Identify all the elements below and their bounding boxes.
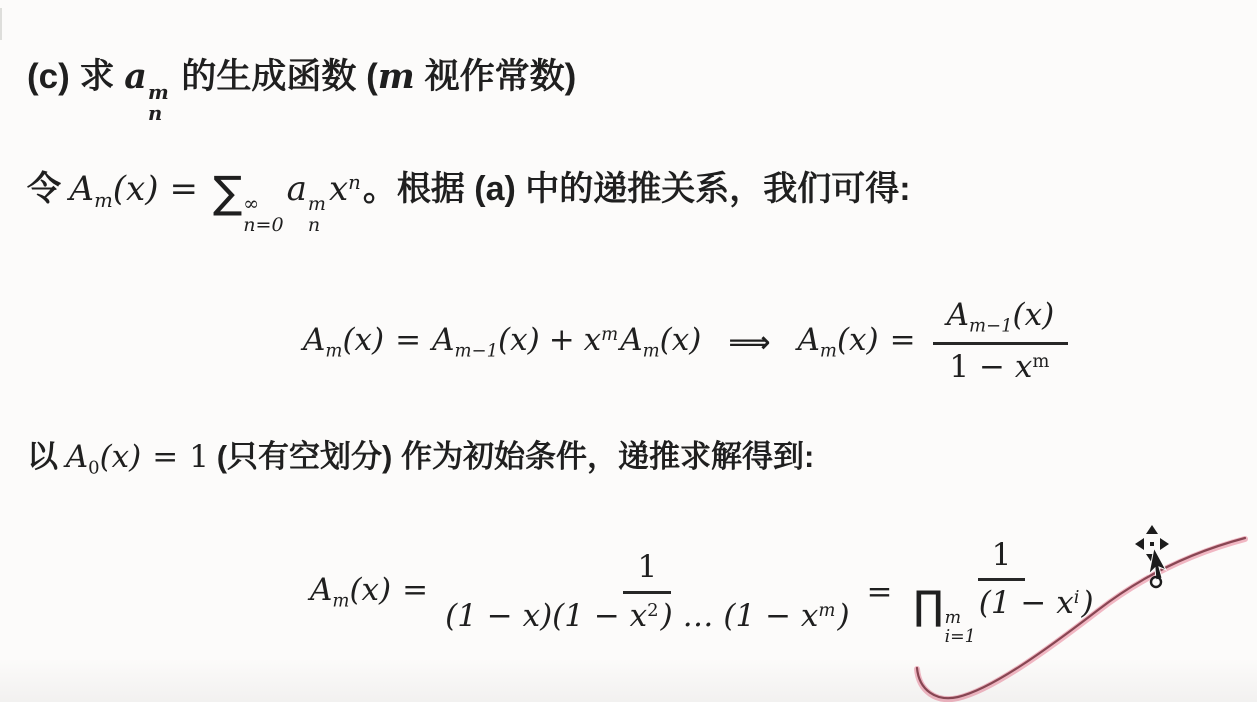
recurrence-equation: Am(x)=Am−1(x)+xmAm(x) ⟹ Am(x)= Am−1(x) 1… [303,288,1074,396]
equals-sign: = [890,322,916,358]
sum-upper-limit: ∞ [243,194,259,215]
var-m: m [378,56,415,97]
fraction-denominator: ∏mi=1(1 − xi) [910,581,1094,646]
heading-line: (c) 求 amn 的生成函数 (m 视作常数) [27,50,576,124]
var-x: x [584,322,601,358]
sup-m: m [148,82,169,103]
args-x: (x) [837,322,879,358]
intro-text-1: 令 [27,170,61,208]
sub-m: m [643,341,660,362]
arrow-pointer-icon [1149,548,1166,587]
heading-text-1: (c) 求 [27,57,115,96]
equals-sign: = [867,574,893,610]
equals-sign: = [169,169,198,209]
move-pointer-cursor-icon [1126,518,1182,594]
fraction-numerator: 1 [623,550,671,594]
heading-math-anm: amn [124,56,171,97]
sub-m-minus-1: m−1 [969,315,1013,336]
eq1-rhs-lhs: Am(x)= [798,322,927,361]
sub-m: m [94,189,113,212]
var-A: A [620,322,642,358]
var-A: A [303,322,325,358]
note-text-2: (只有空划分) 作为初始条件，递推求解得到: [217,439,815,474]
slide-page: (c) 求 amn 的生成函数 (m 视作常数) 令 Am(x)=∑∞n=0am… [0,0,1257,702]
sup-m: m [1032,351,1049,372]
product-upper-limit: m [945,609,961,628]
args-x: (x) [349,572,391,608]
move-cross-icon [1135,525,1169,563]
args-x: (x) [1013,297,1055,333]
sum-limits: ∞n=0 [243,194,283,235]
factor-run-3: ) [837,598,849,634]
heading-text-3: 视作常数) [425,57,577,96]
var-A: A [432,322,454,358]
var-x: x [1015,349,1032,385]
var-x: x [329,169,348,209]
factor-run-1: (1 − x)(1 − x [445,598,647,634]
eq2-lhs: Am(x)= [310,572,439,611]
args-x: (x) [342,322,384,358]
product-operator: ∏ [914,583,944,629]
sum-operator: ∑ [213,168,242,218]
plus-sign: + [549,322,575,358]
sup-i: i [1074,587,1080,608]
fraction-product-notation: 1 ∏mi=1(1 − xi) [910,538,1094,647]
intro-line: 令 Am(x)=∑∞n=0amnxn。根据 (a) 中的递推关系，我们可得: [27,163,911,236]
args-x: (x) [498,322,540,358]
fraction-numerator: Am−1(x) [933,298,1069,345]
var-a: a [124,56,147,97]
sup-2: 2 [647,600,658,621]
args-x: (x) [100,439,142,475]
sub-m: m [820,341,837,362]
eq1-lhs: Am(x)=Am−1(x)+xmAm(x) [303,322,701,361]
supsub-anm: mn [148,82,169,124]
implies-arrow: ⟹ [728,325,770,359]
intro-text-2: 。根据 (a) 中的递推关系，我们可得: [363,170,911,208]
var-A: A [798,322,820,358]
note-math: A0(x)=1 [66,439,209,475]
value-one: 1 [189,439,209,475]
bottom-shade [0,658,1257,702]
factor-run-2: ) … (1 − x [661,598,819,634]
var-A: A [310,572,332,608]
fraction-recurrence: Am−1(x) 1 − xm [933,298,1069,386]
var-A: A [947,297,969,333]
heading-text-2: 的生成函数 ( [181,57,377,96]
equals-sign: = [395,322,421,358]
supsub-anm: mn [308,194,326,235]
var-A: A [66,439,88,475]
args-x: (x) [113,169,159,209]
sup-m: m [818,600,835,621]
sup-n: n [348,171,361,194]
fraction-numerator: 1 [978,538,1026,582]
fraction-denominator: 1 − xm [949,345,1051,386]
sub-n: n [148,103,162,124]
var-A: A [70,169,95,209]
product-lower-limit: i=1 [945,628,976,647]
fraction-product-expanded: 1 (1 − x)(1 − x2) … (1 − xm) [445,550,849,634]
closed-form-equation: Am(x)= 1 (1 − x)(1 − x2) … (1 − xm) = 1 … [310,534,1100,650]
fraction-denominator: (1 − x)(1 − x2) … (1 − xm) [445,594,849,635]
sup-m: m [601,324,618,345]
one-minus: 1 − [949,349,1005,385]
intro-math-definition: Am(x)=∑∞n=0amnxn [70,169,363,209]
note-text-1: 以 [27,439,58,474]
sub-0: 0 [88,457,99,478]
sup-m: m [308,194,326,215]
factor-run: (1 − x [979,585,1074,621]
equals-sign: = [402,572,428,608]
closing-paren: ) [1081,585,1093,621]
sub-n: n [308,215,320,236]
initial-condition-line: 以 A0(x)=1 (只有空划分) 作为初始条件，递推求解得到: [27,433,814,482]
product-limits: mi=1 [945,609,976,646]
args-x: (x) [660,322,702,358]
edge-artifact [0,8,2,40]
equals-sign: = [152,439,178,475]
sub-m-minus-1: m−1 [454,341,498,362]
var-a: a [287,169,307,209]
sub-m: m [325,341,342,362]
sum-lower-limit: n=0 [243,215,283,236]
sub-m: m [332,591,349,612]
